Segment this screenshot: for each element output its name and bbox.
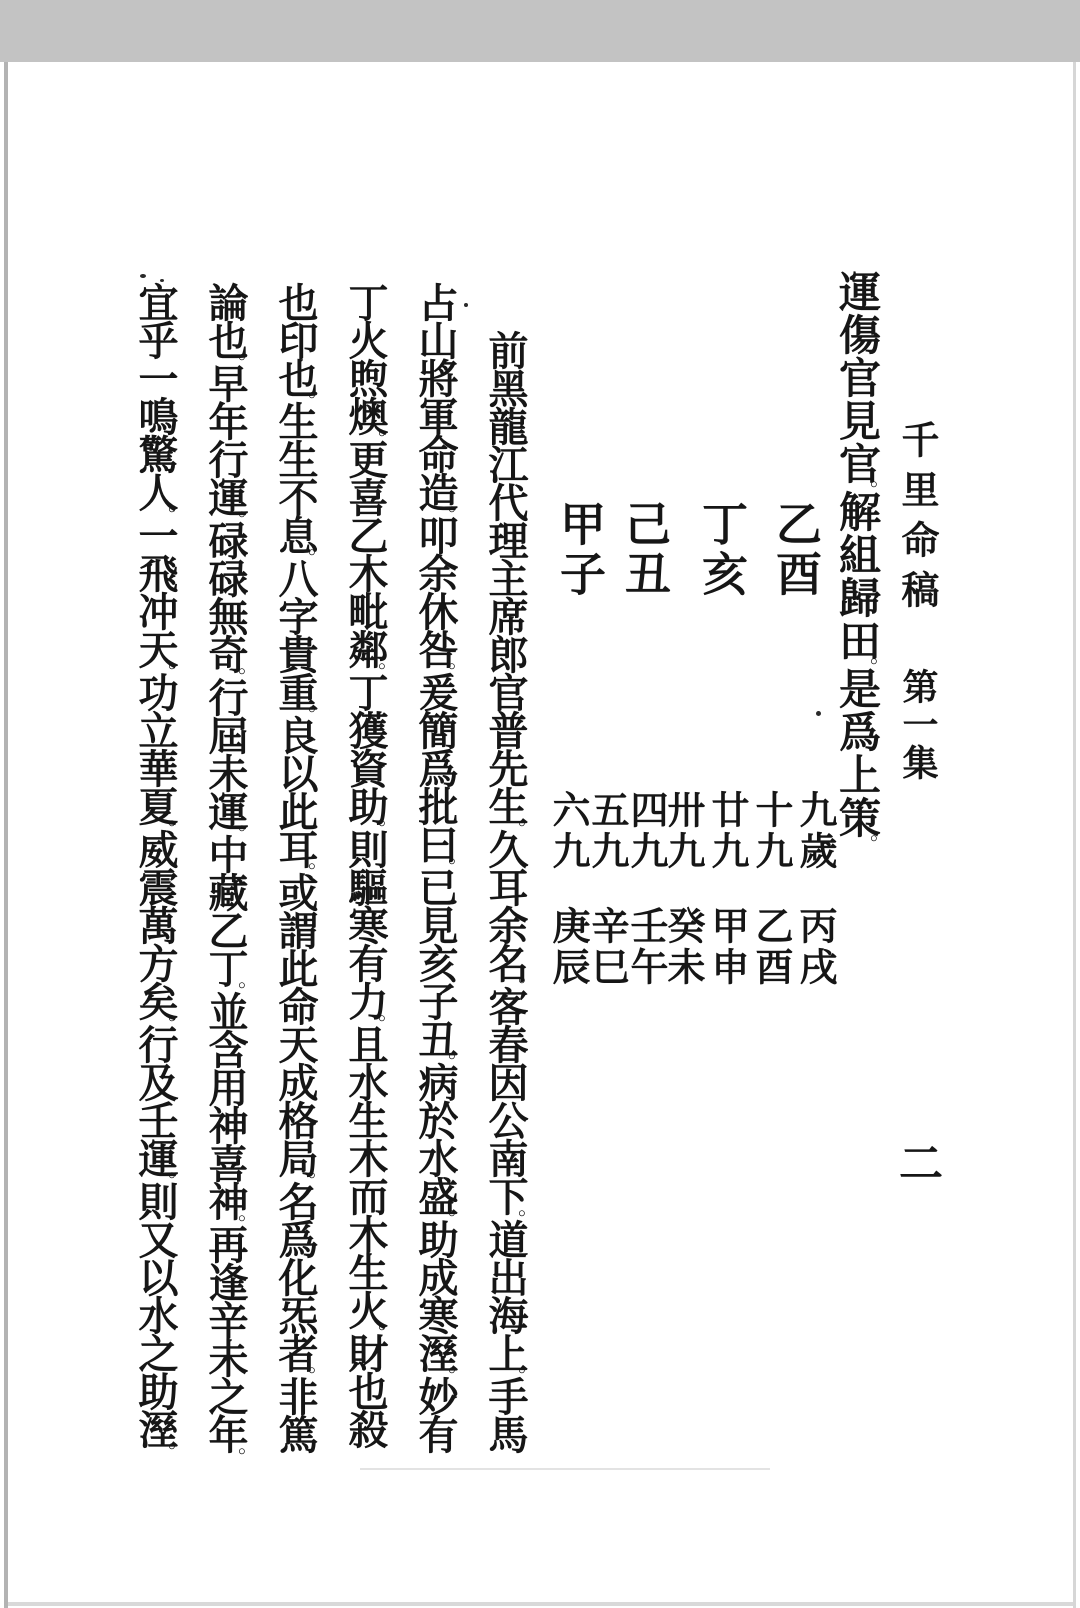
- carryover-text-column: 運傷官見官。解組歸田。是爲上策。: [836, 270, 878, 844]
- luck-age: 四九: [624, 790, 669, 872]
- scan-speck: [140, 274, 146, 278]
- pillar-year: 乙酉: [773, 500, 819, 600]
- scan-speck: [464, 303, 468, 307]
- page-edge-bottom: [8, 1602, 1073, 1606]
- volume-label: 第一集: [900, 668, 936, 782]
- book-title: 千里命稿: [898, 420, 936, 620]
- luck-cycle-column: 十九乙酉: [752, 790, 790, 988]
- body-text-column-4: 也印也。生生不息。八字貴重。良以此耳。或謂此命天成格局。名爲化炁者。非篤: [275, 282, 315, 1452]
- body-text-column-5: 論也。早年行運。碌碌無奇。行屆未運。中藏乙丁。並含用神喜神。再逢辛未之年。: [205, 282, 245, 1457]
- luck-ganzhi: 乙酉: [749, 906, 794, 988]
- luck-cycle-column: 卅九癸未: [664, 790, 702, 988]
- luck-ganzhi: 丙戌: [793, 906, 838, 988]
- luck-cycle-column: 四九壬午: [627, 790, 665, 988]
- page-edge-left: [4, 62, 8, 1608]
- luck-ganzhi: 壬午: [624, 906, 669, 988]
- luck-cycle-column: 九歲丙戌: [796, 790, 834, 988]
- scan-speck: [816, 711, 821, 716]
- body-text-column-2: 占山將軍命造。叩余休咎。爰簡爲批曰。已見亥子丑。病於水盛。助成寒溼。妙有: [415, 282, 455, 1452]
- page-number: 二: [894, 1140, 938, 1184]
- luck-age: 九歲: [793, 790, 838, 872]
- pillar-day: 己丑: [622, 500, 668, 600]
- pillar-month: 丁亥: [699, 500, 745, 600]
- luck-age: 六九: [546, 790, 591, 872]
- luck-ganzhi: 庚辰: [546, 906, 591, 988]
- luck-age: 廿九: [705, 790, 750, 872]
- luck-age: 五九: [585, 790, 630, 872]
- book-page: 千里命稿 第一集 二 運傷官見官。解組歸田。是爲上策。 乙酉 丁亥 己丑 甲子 …: [0, 0, 1080, 1608]
- luck-cycle-column: 五九辛巳: [588, 790, 626, 988]
- scan-crease: [360, 1468, 770, 1470]
- luck-cycle-column: 廿九甲申: [708, 790, 746, 988]
- body-text-column-6: 宜乎一鳴驚人。一飛冲天。功立華夏。威震萬方矣。行及壬運。則又以水之助溼。: [135, 282, 175, 1452]
- luck-age: 十九: [749, 790, 794, 872]
- page-edge-right: [1073, 62, 1076, 1608]
- luck-ganzhi: 甲申: [705, 906, 750, 988]
- luck-ganzhi: 辛巳: [585, 906, 630, 988]
- body-text-column-3: 丁火煦燠。更喜乙木毗鄰。丁獲資助。則驅寒有力。且水生木而木生火。財也殺: [345, 282, 385, 1447]
- body-text-column-1: 前黑龍江代理主席郎官普先生。久耳余名。客春因公南下。道出海上。手馬: [485, 330, 525, 1452]
- luck-cycle-column: 六九庚辰: [549, 790, 587, 988]
- pillar-hour: 甲子: [557, 500, 603, 600]
- scanner-top-band: [0, 0, 1080, 62]
